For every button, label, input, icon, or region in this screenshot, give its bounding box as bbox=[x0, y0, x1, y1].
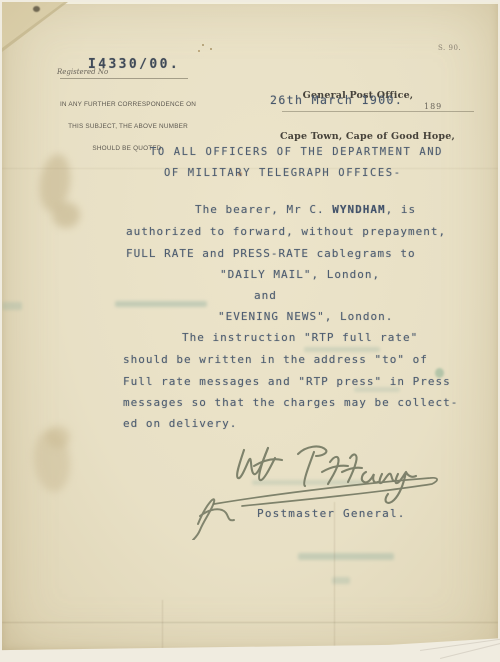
body-line-daily-mail: "DAILY MAIL", London, bbox=[220, 268, 380, 281]
registration-number: I4330/00. bbox=[88, 57, 180, 72]
ink-speck bbox=[33, 6, 40, 12]
paper-stain bbox=[46, 426, 70, 448]
body-line: The instruction "RTP full rate" bbox=[182, 331, 418, 344]
bleedthrough-text bbox=[2, 302, 22, 310]
paper-speck bbox=[198, 50, 200, 52]
body-line: Full rate messages and "RTP press" in Pr… bbox=[123, 375, 451, 388]
letter-date: 26th March 1900. bbox=[270, 93, 403, 107]
printed-year: 189 bbox=[424, 102, 442, 111]
letterhead-city: Cape Town, Cape of Good Hope, bbox=[280, 130, 436, 144]
body-line: and bbox=[254, 289, 277, 302]
body-line: FULL RATE and PRESS-RATE cablegrams to bbox=[126, 247, 416, 260]
bearer-name: WYNDHAM bbox=[332, 203, 385, 216]
body-line: messages so that the charges may be coll… bbox=[123, 396, 458, 409]
letter-heading-line1: TO ALL OFFICERS OF THE DEPARTMENT AND bbox=[150, 146, 443, 158]
form-number: S. 90. bbox=[438, 44, 461, 52]
scanned-letter: S. 90. Registered No I4330/00. IN ANY FU… bbox=[0, 0, 500, 662]
paper-edge bbox=[2, 2, 498, 4]
body-line: should be written in the address "to" of bbox=[123, 353, 428, 366]
body-line-bearer: The bearer, Mr C. WYNDHAM, is bbox=[195, 203, 416, 216]
fold-crease bbox=[2, 622, 498, 623]
bleedthrough-text bbox=[304, 347, 380, 352]
date-underline bbox=[282, 111, 474, 112]
letter-heading-line2: OF MILITARY TELEGRAPH OFFICES- bbox=[164, 167, 402, 179]
notice-line: IN ANY FURTHER CORRESPONDENCE ON bbox=[44, 101, 212, 108]
body-line-evening-news: "EVENING NEWS", London. bbox=[218, 310, 393, 323]
bleedthrough-text bbox=[298, 553, 394, 560]
pro-handwriting bbox=[184, 488, 246, 540]
bearer-pre: The bearer, Mr C. bbox=[195, 203, 332, 216]
signer-title: Postmaster General. bbox=[257, 507, 406, 520]
bleedthrough-text bbox=[115, 301, 207, 307]
paper-speck bbox=[210, 48, 212, 50]
bearer-post: , is bbox=[386, 203, 417, 216]
fold-crease bbox=[162, 600, 163, 654]
paper-speck bbox=[202, 44, 204, 46]
letter-paper: S. 90. Registered No I4330/00. IN ANY FU… bbox=[2, 2, 498, 654]
body-line: authorized to forward, without prepaymen… bbox=[126, 225, 446, 238]
body-line: ed on delivery. bbox=[123, 417, 237, 430]
registration-underline bbox=[60, 78, 188, 79]
paper-stain bbox=[52, 202, 80, 228]
notice-line: THIS SUBJECT, THE ABOVE NUMBER bbox=[44, 123, 212, 130]
